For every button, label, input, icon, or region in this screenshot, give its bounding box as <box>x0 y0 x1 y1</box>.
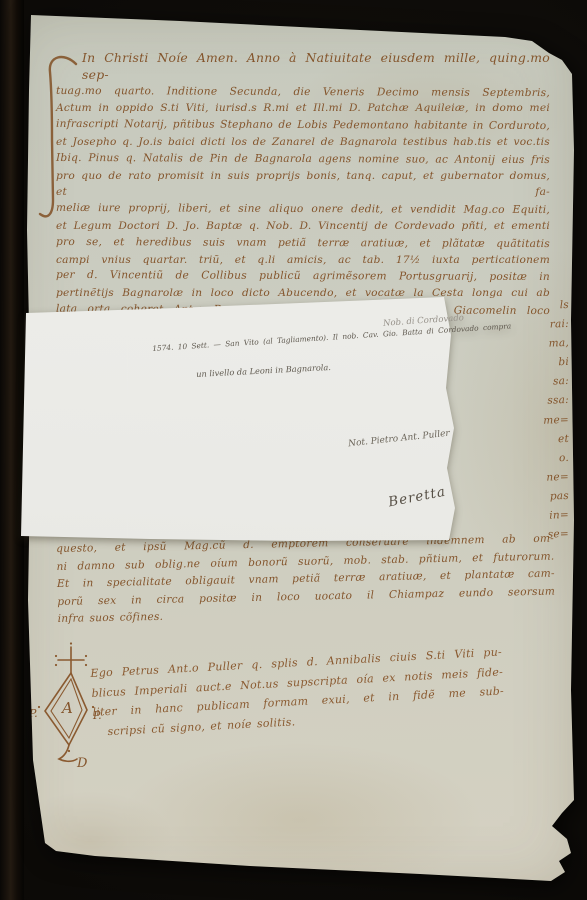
archivist-slip <box>0 0 587 900</box>
manuscript-photo: In Christi Noíe Amen. Anno à Natiuitate … <box>0 0 587 900</box>
archivist-slip-wrapper: Nob. di Cordovado 1574. 10 Sett. — San V… <box>0 0 587 900</box>
